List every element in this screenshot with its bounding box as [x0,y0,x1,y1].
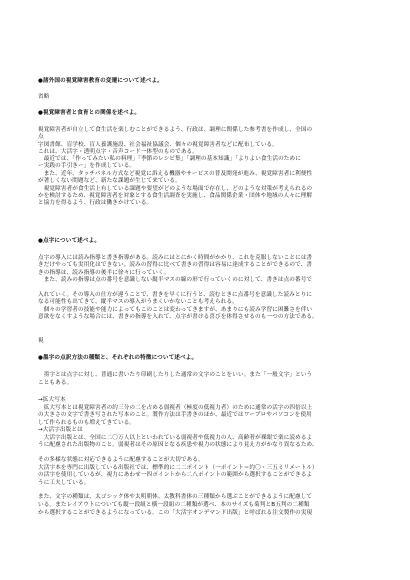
body-text-line: その多様な状態に対応できるように配慮することが大切である。 [38,457,204,464]
section-heading: ●墨字の点訳方法の種類と、それぞれの特徴について述べよ。 [38,355,197,362]
body-text-line: 大活字出版とは、全国に二〇万人以上といわれている弱視者や低視力の人、高齢者が裸眼… [38,435,312,442]
body-text-line: 字図書館、盲学校、盲人養護施設、社会福祉協議会、個々の視覚障害者などに配布してい… [38,142,278,149]
body-text-line: の活字を使用しているが、視力にあわせ一四ポイントから二八ポイントの範囲から選択す… [38,472,312,479]
body-text-line: 墨字とは点字に対し、普通に書いたり印刷したりした通常の文字のことをいい。また「一… [38,372,312,379]
body-text-line: 大活字本を専門に出版している出版社では、標準的に二二ポイント（一ポイント＝約〇・… [38,465,318,472]
body-text-line: こともある。 [38,380,72,387]
body-text-line: ー実践の手引きー」を作成している。 [38,163,135,170]
body-text-line: 視 [38,338,44,345]
body-text-line: また、読みの指導は点の番号を意識しない縦半マスの線の形で行っていくのに対して、書… [38,277,312,284]
body-text-line: と協力を得るよう、行政は働きかけている。 [38,200,152,207]
body-text-line: が著しくない問題など、新たな課題が生じて来ている。 [38,178,181,185]
body-text-line: うに配慮された出版物のこと。弱視者はその原因となる疾患や視力の状態により見え方が… [38,442,318,449]
body-text-line: これは、大活字・透明点字・音声コード一体型のものである。 [38,149,198,156]
body-text-line: うに工夫している。 [38,480,89,487]
body-text-line: 省略 [38,94,49,101]
body-text-line: いる。またレイアウトについても縦一段組と横一段組の二種類が選べ、本のサイズも菊判… [38,502,310,509]
body-text-line: きだけやっても実用化はできない。読みの習得に比べて書きの習得は容易に達成すること… [38,262,312,269]
body-text-line: 入れていく。その導入の仕方が違うことで、書きを早くに行うと、読むときに点番号を意… [38,292,312,299]
body-text-line: 点字の導入には読み指導と書き指導がある。読みにはとにかく時間がかかり、これを克服… [38,255,312,262]
section-heading: ●視覚障害者と食育との関係を述べよ。 [38,110,140,117]
body-text-line: きの指導は、読み指導の後半に徐々に行っていく。 [38,270,169,277]
body-text-line: 視覚障害者が自立して食生活を楽しむことができるよう、行政は、調理に関係した参考書… [38,127,312,134]
body-text-line: また、文字の種類は、太ゴシック体や太明朝体、太教科書体の三種類から選ぶことができ… [38,494,312,501]
body-text-line: 視覚障害者が食生活上有している課題や要望がどのような場面で存在し、どのような対策… [38,186,312,193]
body-text-line: また、近年、タッチパネル方式など視覚に訴える機器やサービスの普及開発が進み、視覚… [38,171,312,178]
document-page: ●諸外国の視覚障害教育の変遷について述べよ。省略●視覚障害者と食育との関係を述べ… [0,0,410,580]
body-text-line: 拡大写本とは視覚障害者の約三分の二を占める弱視者（極度の低視力者）のために通常の… [38,405,312,412]
body-text-line: なる可能性も出てきて、縦半マスの導入がうまくいかないことも考えられる。 [38,299,238,306]
body-text-line: の大きさの文字で書き写された写本のこと。製作方法は手書きのほか、最近ではワープロ… [38,412,312,419]
body-text-line: →拡大写本 [38,397,66,404]
section-heading: ●諸外国の視覚障害教育の変遷について述べよ。 [38,78,163,85]
body-text-line: →大活字出版とは [38,427,83,434]
body-text-line: 点 [38,134,44,141]
body-text-line: 個々の学習者の技能や能力によってもこのことは変わってきますが、あまりにも読み学習… [38,307,312,314]
body-text-line: 最近では、「作ってみたい私の料理」「季節のレシピ集」「調理の基本知識」「よりよい… [38,156,301,163]
body-text-line: から選択することができるようになっている。この「大活字オンデマンド出版」と呼ばれ… [38,510,312,517]
body-text-line: かを検討するため、視覚障害者を対象とする食生活調査を実施し、食品関係企業・団体や… [38,193,312,200]
section-heading: ●点字について述べよ。 [38,238,100,245]
body-text-line: して作られるものも増えてきている。 [38,420,135,427]
body-text-line: 意欲をなくすような場合には、書きの指導を入れて、点字が書ける喜びを体得させるのも… [38,314,318,321]
